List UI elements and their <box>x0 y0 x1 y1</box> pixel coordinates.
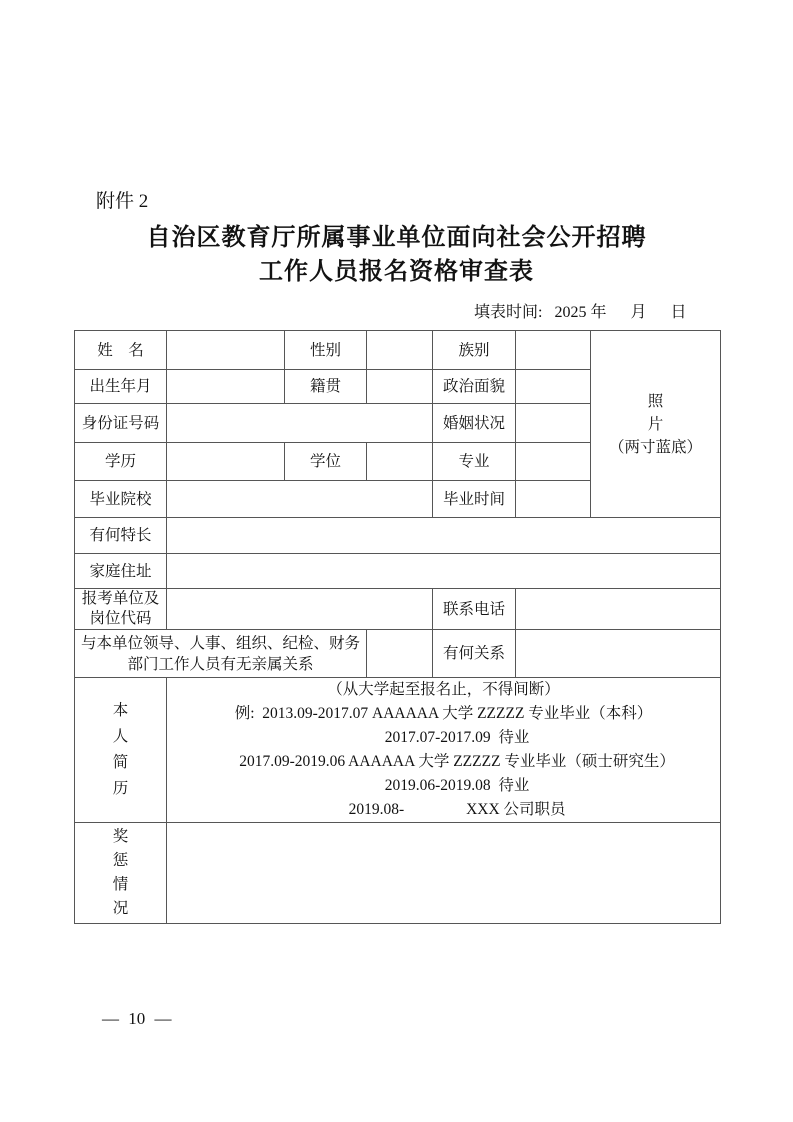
field-label-specialty: 有何特长 <box>75 518 167 554</box>
row-resume: 本人简历 （从大学起至报名止，不得间断） 例: 2013.09-2017.07 … <box>75 678 721 823</box>
row-specialty: 有何特长 <box>75 518 721 554</box>
field-label-native-place: 籍贯 <box>285 370 367 404</box>
relationship-line-1: 与本单位领导、人事、组织、纪检、财务 <box>75 633 366 654</box>
field-value-graduation-time <box>516 481 591 518</box>
field-value-rewards <box>167 823 721 924</box>
field-value-education <box>167 443 285 481</box>
resume-vertical-label: 本人简历 <box>112 698 130 802</box>
resume-example-line-2: 2017.07-2017.09 待业 <box>167 726 720 750</box>
field-value-relationship-type <box>516 630 721 678</box>
field-label-political-status: 政治面貌 <box>433 370 516 404</box>
field-label-name: 姓 名 <box>75 331 167 370</box>
field-label-education: 学历 <box>75 443 167 481</box>
title-line-2: 工作人员报名资格审查表 <box>0 255 793 289</box>
applied-unit-line-2: 岗位代码 <box>75 609 166 629</box>
field-value-birth-date <box>167 370 285 404</box>
field-value-contact-phone <box>516 589 721 630</box>
field-label-birth-date: 出生年月 <box>75 370 167 404</box>
photo-placeholder: 照 片 （两寸蓝底） <box>591 331 721 518</box>
field-label-contact-phone: 联系电话 <box>433 589 516 630</box>
photo-label-line-1: 照 <box>591 390 720 413</box>
field-label-relationship-type: 有何关系 <box>433 630 516 678</box>
photo-label-line-3: （两寸蓝底） <box>591 436 720 459</box>
field-value-graduate-school <box>167 481 433 518</box>
fill-time-line: 填表时间: 2025 年 月 日 <box>474 299 686 322</box>
field-value-major <box>516 443 591 481</box>
field-label-applied-unit: 报考单位及 岗位代码 <box>75 589 167 630</box>
field-value-marital-status <box>516 404 591 443</box>
photo-label-line-2: 片 <box>591 413 720 436</box>
field-label-marital-status: 婚姻状况 <box>433 404 516 443</box>
field-label-graduate-school: 毕业院校 <box>75 481 167 518</box>
field-label-degree: 学位 <box>285 443 367 481</box>
row-relationship: 与本单位领导、人事、组织、纪检、财务 部门工作人员有无亲属关系 有何关系 <box>75 630 721 678</box>
field-label-resume: 本人简历 <box>75 678 167 823</box>
field-label-relationship: 与本单位领导、人事、组织、纪检、财务 部门工作人员有无亲属关系 <box>75 630 367 678</box>
field-value-gender <box>367 331 433 370</box>
resume-note-line: （从大学起至报名止，不得间断） <box>167 678 720 702</box>
resume-example-line-1: 例: 2013.09-2017.07 AAAAAA 大学 ZZZZZ 专业毕业（… <box>167 702 720 726</box>
field-value-relationship-flag <box>367 630 433 678</box>
field-value-name <box>167 331 285 370</box>
row-name-gender-ethnicity: 姓 名 性别 族别 照 片 （两寸蓝底） <box>75 331 721 370</box>
resume-example-line-4: 2019.06-2019.08 待业 <box>167 774 720 798</box>
field-value-applied-unit <box>167 589 433 630</box>
field-value-specialty <box>167 518 721 554</box>
title-line-1: 自治区教育厅所属事业单位面向社会公开招聘 <box>0 221 793 255</box>
document-title: 自治区教育厅所属事业单位面向社会公开招聘 工作人员报名资格审查表 <box>0 221 793 289</box>
resume-example-line-3: 2017.09-2019.06 AAAAAA 大学 ZZZZZ 专业毕业（硕士研… <box>167 750 720 774</box>
field-value-native-place <box>367 370 433 404</box>
field-label-ethnicity: 族别 <box>433 331 516 370</box>
relationship-line-2: 部门工作人员有无亲属关系 <box>75 654 366 675</box>
field-value-degree <box>367 443 433 481</box>
field-value-resume: （从大学起至报名止，不得间断） 例: 2013.09-2017.07 AAAAA… <box>167 678 721 823</box>
field-label-home-address: 家庭住址 <box>75 554 167 589</box>
field-label-graduation-time: 毕业时间 <box>433 481 516 518</box>
row-home-address: 家庭住址 <box>75 554 721 589</box>
field-label-major: 专业 <box>433 443 516 481</box>
field-value-ethnicity <box>516 331 591 370</box>
attachment-label: 附件 2 <box>96 186 148 213</box>
field-label-id-number: 身份证号码 <box>75 404 167 443</box>
field-value-id-number <box>167 404 433 443</box>
rewards-vertical-label: 奖惩情况 <box>112 825 130 921</box>
registration-form-table: 姓 名 性别 族别 照 片 （两寸蓝底） 出生年月 籍贯 政治面貌 <box>74 330 721 924</box>
row-rewards: 奖惩情况 <box>75 823 721 924</box>
field-label-rewards: 奖惩情况 <box>75 823 167 924</box>
row-applied-unit-phone: 报考单位及 岗位代码 联系电话 <box>75 589 721 630</box>
field-label-gender: 性别 <box>285 331 367 370</box>
applied-unit-line-1: 报考单位及 <box>75 589 166 609</box>
field-value-home-address <box>167 554 721 589</box>
page: 附件 2 自治区教育厅所属事业单位面向社会公开招聘 工作人员报名资格审查表 填表… <box>0 0 793 1122</box>
page-number: — 10 — <box>102 1009 172 1029</box>
resume-example-line-5: 2019.08- XXX 公司职员 <box>167 798 720 822</box>
field-value-political-status <box>516 370 591 404</box>
